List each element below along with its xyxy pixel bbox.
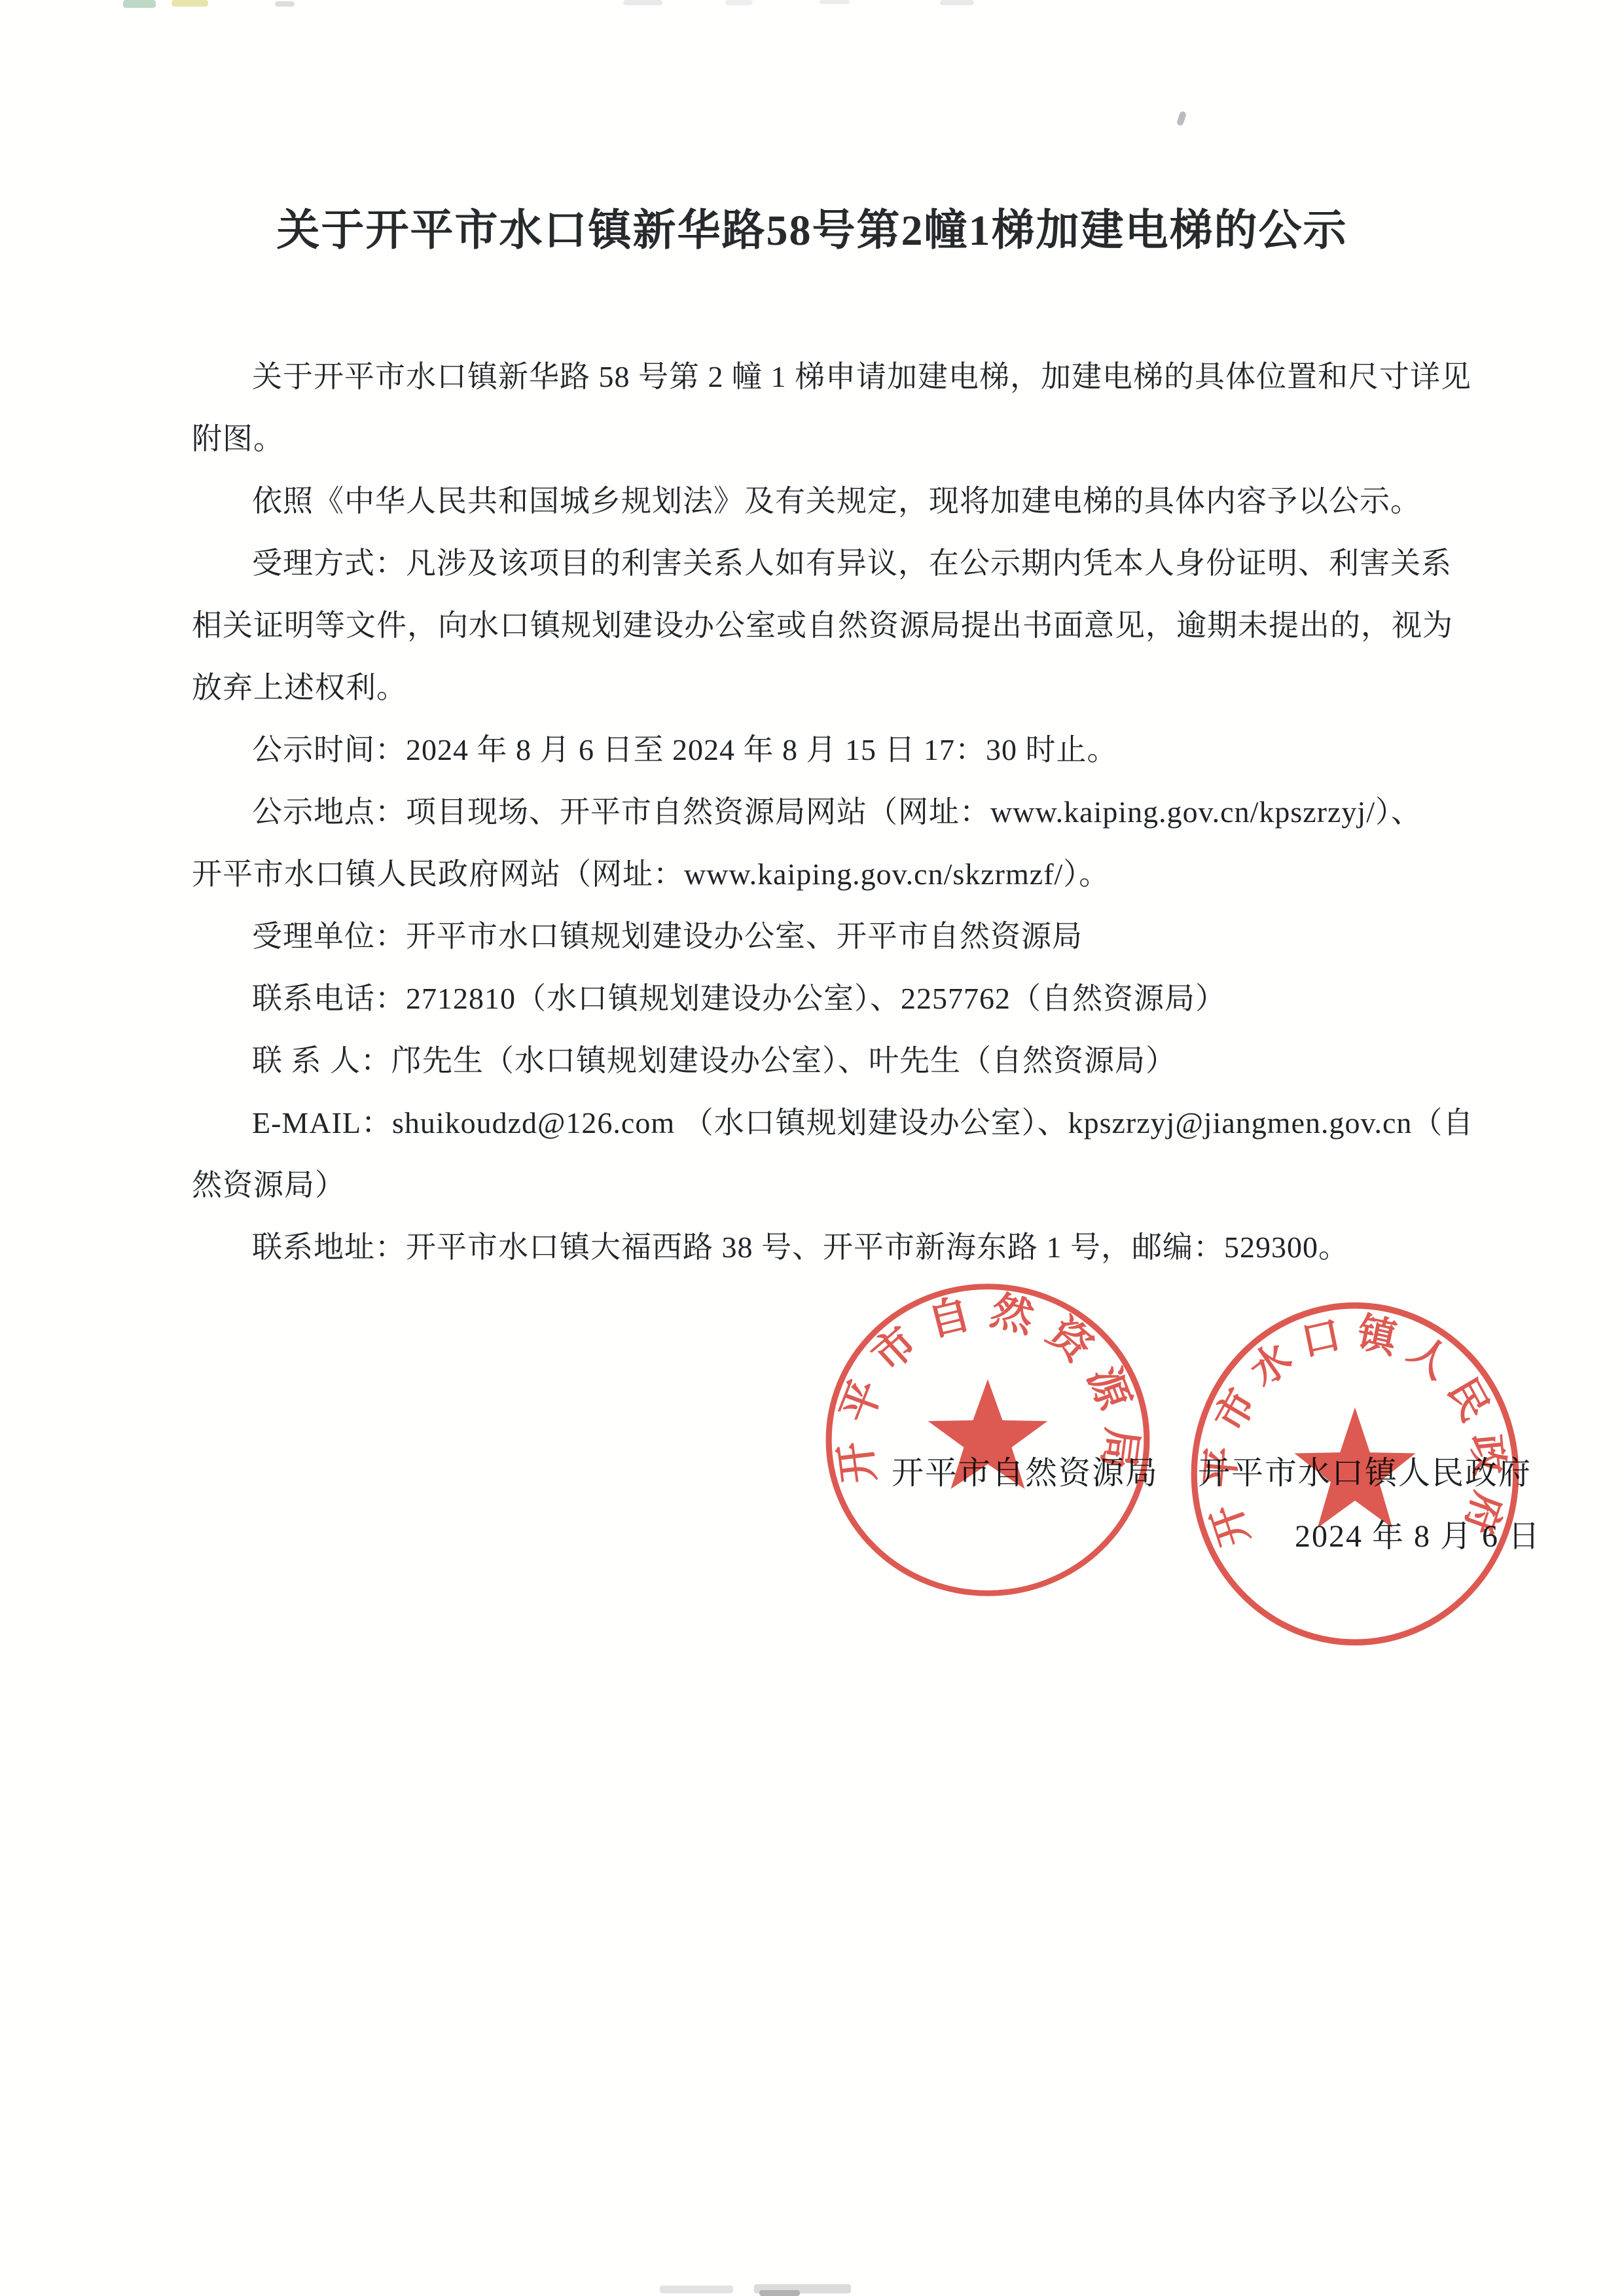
paragraph-line: 公示时间：2024 年 8 月 6 日至 2024 年 8 月 15 日 17：… xyxy=(192,719,1439,781)
paragraph-line: 放弃上述权利。 xyxy=(192,656,1439,719)
paragraph: 联 系 人：邝先生（水口镇规划建设办公室）、叶先生（自然资源局） xyxy=(192,1030,1439,1092)
paragraph-line: 相关证明等文件，向水口镇规划建设办公室或自然资源局提出书面意见，逾期未提出的，视… xyxy=(192,594,1439,656)
scan-artifact xyxy=(623,0,662,5)
paragraph-line: 联系电话：2712810（水口镇规划建设办公室）、2257762（自然资源局） xyxy=(192,967,1439,1030)
paragraph-line: 开平市水口镇人民政府网站（网址：www.kaiping.gov.cn/skzrm… xyxy=(192,843,1439,905)
paragraph-line: 受理方式：凡涉及该项目的利害关系人如有异议，在公示期内凭本人身份证明、利害关系 xyxy=(192,532,1439,594)
document-body: 关于开平市水口镇新华路 58 号第 2 幢 1 梯申请加建电梯，加建电梯的具体位… xyxy=(192,346,1439,1278)
scan-artifact xyxy=(820,0,850,4)
paragraph-line: 依照《中华人民共和国城乡规划法》及有关规定，现将加建电梯的具体内容予以公示。 xyxy=(192,470,1439,532)
seal-ring-text: 开平市自然资源局 xyxy=(829,1287,1146,1486)
scan-artifact xyxy=(171,0,208,7)
scanned-notice-page: 关于开平市水口镇新华路58号第2幢1梯加建电梯的公示 关于开平市水口镇新华路 5… xyxy=(0,0,1624,2296)
star-icon xyxy=(928,1379,1048,1489)
official-seal-natural-resources: 开平市自然资源局 xyxy=(822,1280,1153,1600)
paragraph-line: 公示地点：项目现场、开平市自然资源局网站（网址：www.kaiping.gov.… xyxy=(192,781,1439,843)
paragraph: 关于开平市水口镇新华路 58 号第 2 幢 1 梯申请加建电梯，加建电梯的具体位… xyxy=(192,346,1439,470)
paragraph: E-MAIL：shuikoudzd@126.com （水口镇规划建设办公室）、k… xyxy=(192,1092,1439,1216)
paragraph: 公示地点：项目现场、开平市自然资源局网站（网址：www.kaiping.gov.… xyxy=(192,781,1439,905)
star-icon xyxy=(1295,1407,1416,1528)
signature-org-right: 开平市水口镇人民政府 xyxy=(1198,1448,1532,1494)
seal-ring xyxy=(1194,1306,1516,1643)
paragraph: 受理方式：凡涉及该项目的利害关系人如有异议，在公示期内凭本人身份证明、利害关系相… xyxy=(192,532,1439,719)
scan-artifact xyxy=(123,0,156,8)
page-title: 关于开平市水口镇新华路58号第2幢1梯加建电梯的公示 xyxy=(0,195,1624,257)
scan-artifact xyxy=(940,0,974,5)
paragraph: 公示时间：2024 年 8 月 6 日至 2024 年 8 月 15 日 17：… xyxy=(192,719,1439,781)
paragraph-line: 受理单位：开平市水口镇规划建设办公室、开平市自然资源局 xyxy=(192,905,1439,967)
scan-artifact xyxy=(660,2286,733,2293)
paragraph-line: 联 系 人：邝先生（水口镇规划建设办公室）、叶先生（自然资源局） xyxy=(192,1030,1439,1092)
signature-date: 2024 年 8 月 6 日 xyxy=(1295,1511,1541,1556)
scan-artifact xyxy=(725,0,753,5)
paragraph-line: 关于开平市水口镇新华路 58 号第 2 幢 1 梯申请加建电梯，加建电梯的具体位… xyxy=(192,346,1439,408)
seal-ring-text: 开平市水口镇人民政府 xyxy=(1199,1310,1511,1552)
paragraph: 受理单位：开平市水口镇规划建设办公室、开平市自然资源局 xyxy=(192,905,1439,967)
paragraph-line: 联系地址：开平市水口镇大福西路 38 号、开平市新海东路 1 号，邮编：5293… xyxy=(192,1216,1439,1278)
paragraph: 联系电话：2712810（水口镇规划建设办公室）、2257762（自然资源局） xyxy=(192,967,1439,1030)
paragraph-line: E-MAIL：shuikoudzd@126.com （水口镇规划建设办公室）、k… xyxy=(192,1092,1439,1154)
signature-org-left: 开平市自然资源局 xyxy=(892,1448,1159,1494)
paragraph-line: 然资源局） xyxy=(192,1154,1439,1216)
paragraph-line: 附图。 xyxy=(192,408,1439,470)
official-seal-town-government: 开平市水口镇人民政府 xyxy=(1187,1299,1523,1649)
scan-artifact xyxy=(1176,111,1187,126)
paragraph: 依照《中华人民共和国城乡规划法》及有关规定，现将加建电梯的具体内容予以公示。 xyxy=(192,470,1439,532)
seal-ring xyxy=(829,1287,1147,1593)
scan-artifact xyxy=(759,2290,800,2296)
paragraph: 联系地址：开平市水口镇大福西路 38 号、开平市新海东路 1 号，邮编：5293… xyxy=(192,1216,1439,1278)
scan-artifact xyxy=(275,1,295,7)
